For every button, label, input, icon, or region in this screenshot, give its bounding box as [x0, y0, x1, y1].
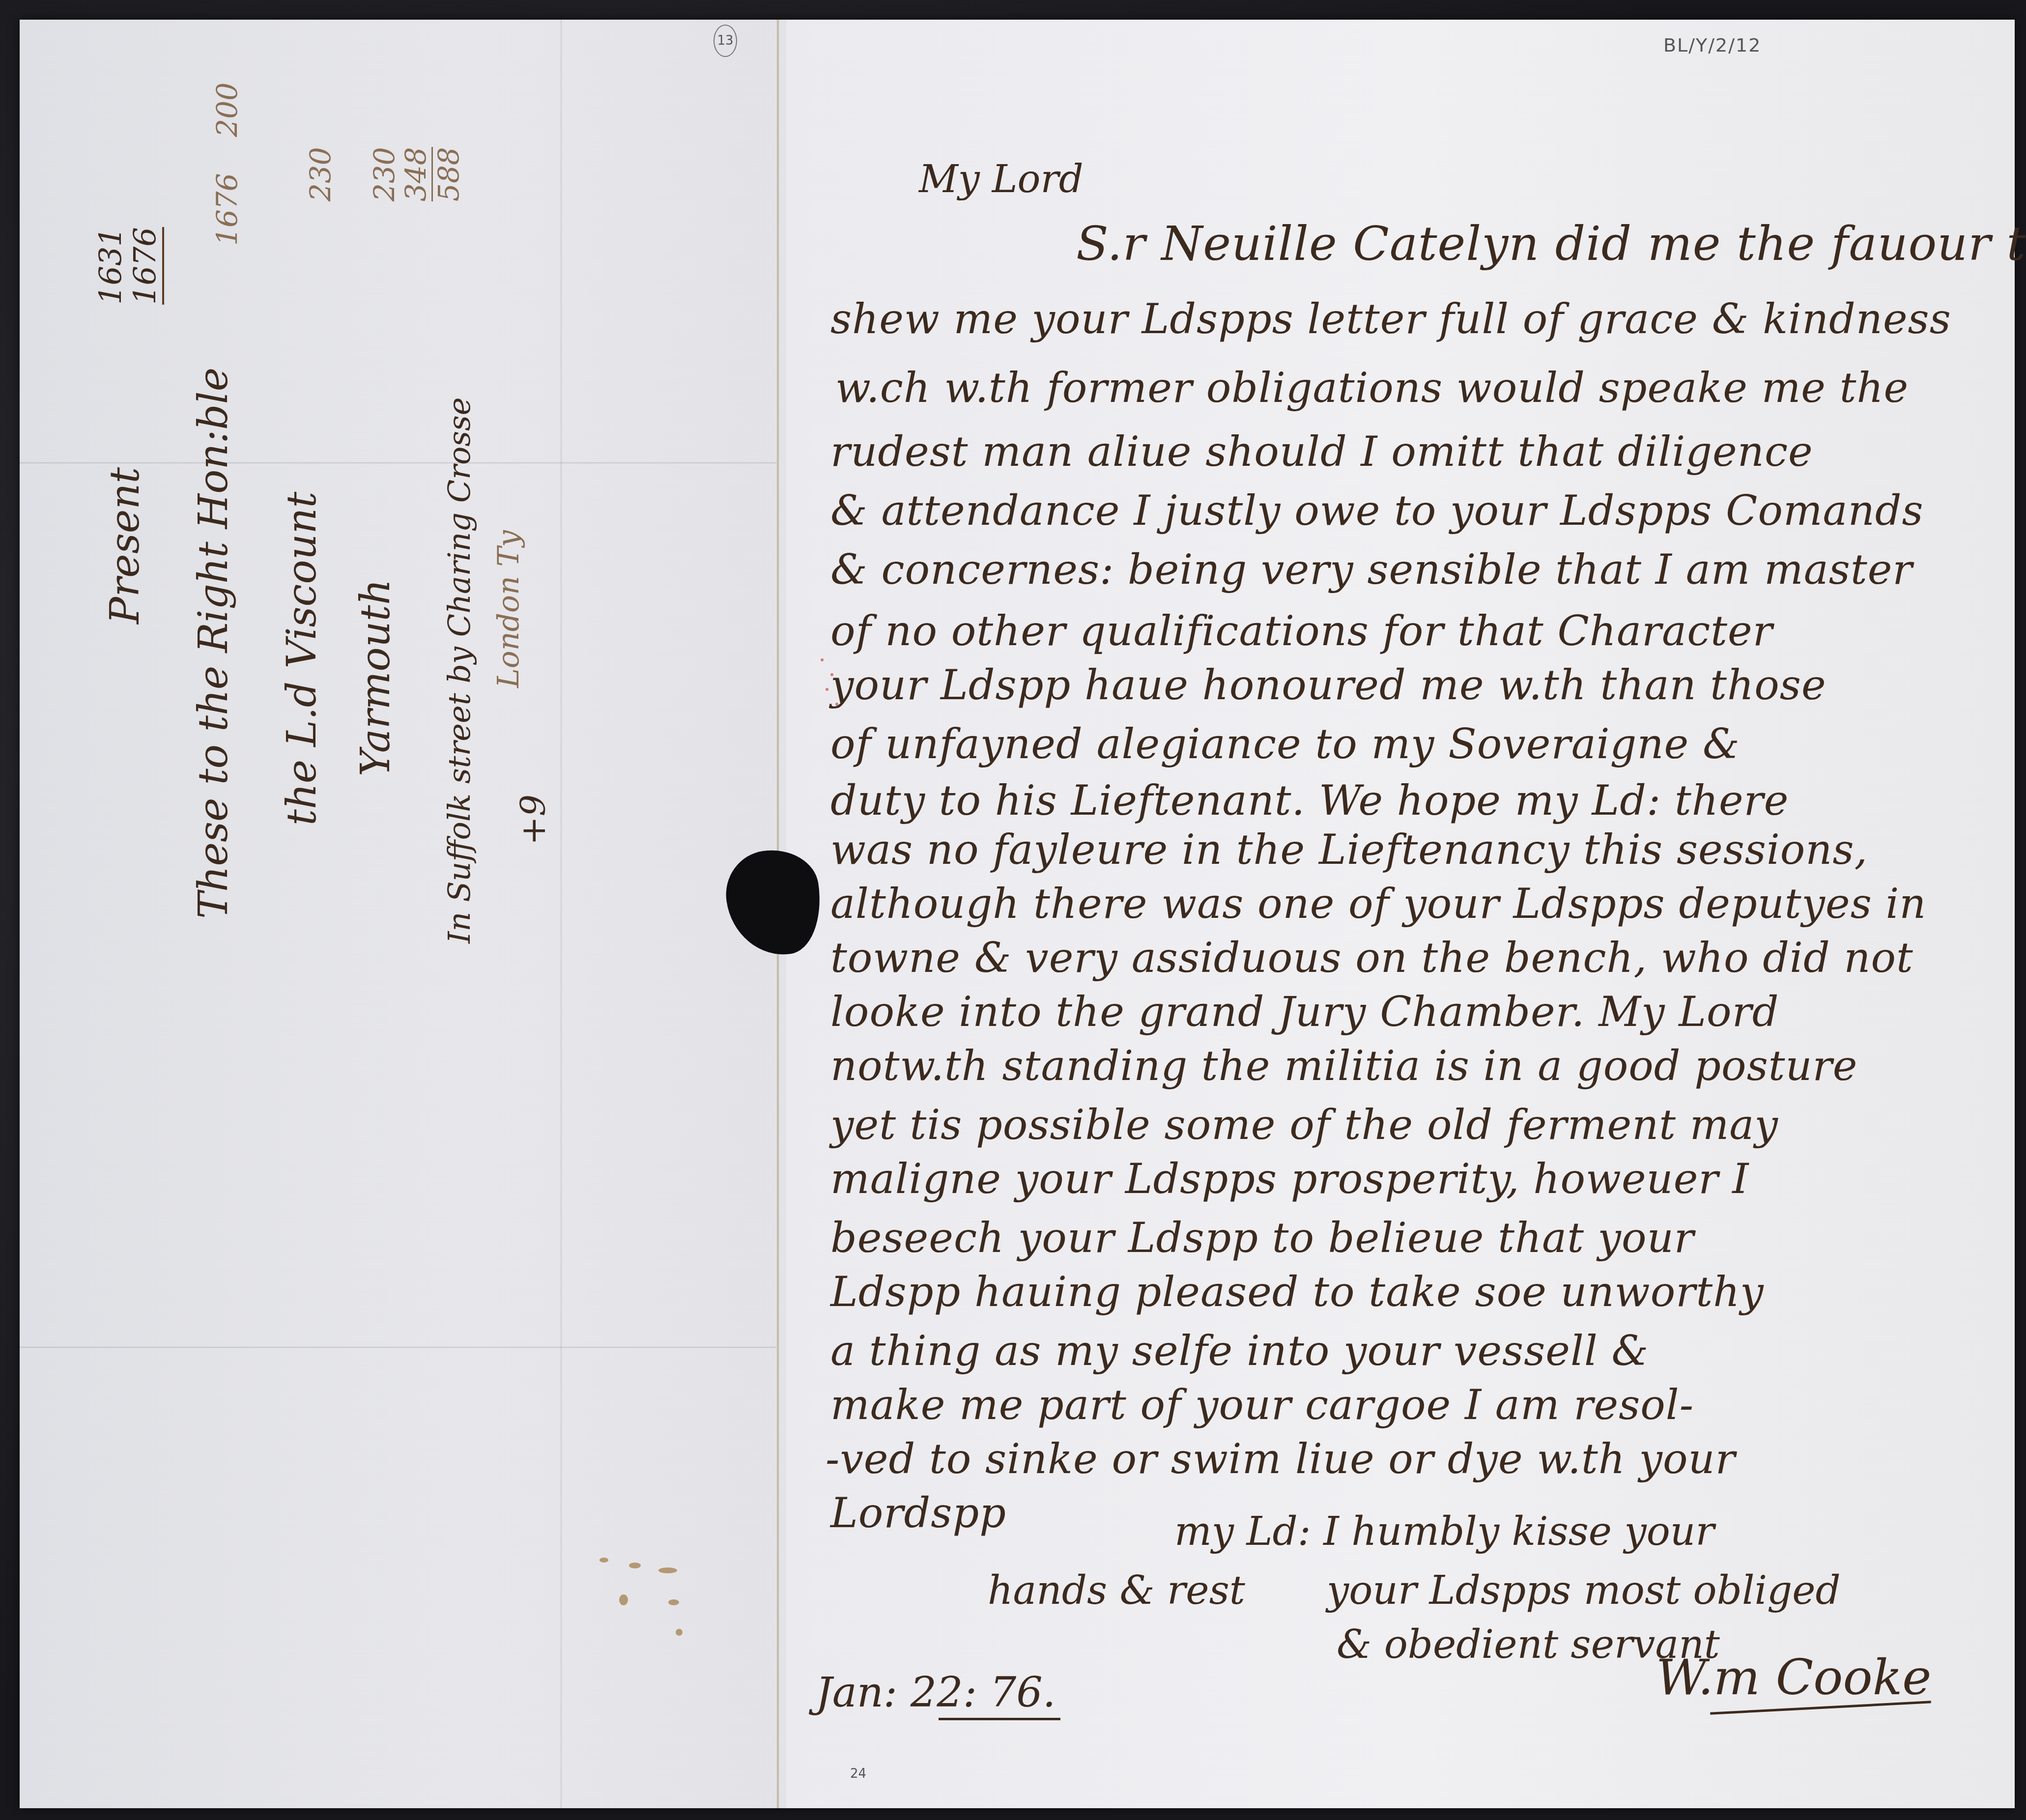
- folio-number-circled: 13: [713, 25, 737, 57]
- closing-line-1: my Ld: I humbly kisse your: [1174, 1508, 1714, 1554]
- letter-line-2: shew me your Ldspps letter full of grace…: [830, 295, 1951, 343]
- wax-residue: [619, 1594, 628, 1605]
- letter-line-3: w.ch w.th former obligations would speak…: [835, 364, 1909, 412]
- letter-line-20: a thing as my selfe into your vessell &: [830, 1327, 1649, 1375]
- letter-line-19: Ldspp hauing pleased to take soe unworth…: [830, 1268, 1764, 1316]
- letter-line-14: looke into the grand Jury Chamber. My Lo…: [830, 988, 1779, 1036]
- letter-line-7: of no other qualifications for that Char…: [830, 607, 1773, 655]
- sum-column-1: 230: [305, 147, 336, 201]
- letter-line-15: notw.th standing the militia is in a goo…: [830, 1042, 1857, 1090]
- second-figure: 200: [210, 83, 244, 137]
- horizontal-fold-crease-lower: [20, 1346, 776, 1348]
- letter-line-8: your Ldspp haue honoured me w.th than th…: [830, 661, 1826, 709]
- salutation: My Lord: [919, 157, 1084, 201]
- postmark-extra: Ty: [491, 530, 526, 567]
- signature: W.m Cooke: [1656, 1649, 1931, 1706]
- letter-line-5: & attendance I justly owe to your Ldspps…: [830, 486, 1924, 535]
- sum-column-2: 230 348 588: [369, 147, 464, 201]
- wax-residue: [676, 1629, 683, 1636]
- letter-line-11: was no fayleure in the Lieftenancy this …: [830, 825, 1868, 874]
- second-year-annotation: 1676 200: [211, 83, 243, 246]
- year-annotation: 1631 1676: [93, 227, 164, 305]
- letter-line-22: -ved to sinke or swim liue or dye w.th y…: [826, 1435, 1736, 1483]
- sum-value: 348: [400, 147, 431, 201]
- wax-residue: [658, 1567, 677, 1573]
- page-pencil-number: 24: [850, 1766, 866, 1781]
- address-recipient-line: These to the Right Hon:ble: [177, 368, 251, 919]
- letter-line-1: S.r Neuille Catelyn did me the fauour to: [1076, 216, 2026, 271]
- letter-line-9: of unfayned alegiance to my Soveraigne &: [830, 720, 1740, 768]
- sum-value: 230: [304, 147, 337, 201]
- letter-line-16: yet tis possible some of the old ferment…: [830, 1101, 1778, 1149]
- archive-reference: BL/Y/2/12: [1663, 34, 1761, 56]
- postmark-text: London: [491, 576, 526, 688]
- vertical-fold-crease: [560, 20, 562, 1808]
- postmark-london: London Ty: [472, 530, 545, 688]
- wax-residue: [599, 1558, 608, 1563]
- sum-value: 230: [369, 147, 400, 201]
- horizontal-fold-crease-upper: [20, 462, 776, 464]
- letter-line-23: Lordspp: [830, 1489, 1006, 1537]
- letter-line-6: & concernes: being very sensible that I …: [830, 545, 1913, 594]
- letter-line-17: maligne your Ldspps prosperity, howeuer …: [830, 1155, 1749, 1203]
- letter-line-12: although there was one of your Ldspps de…: [830, 880, 1926, 928]
- letter-date: Jan: 22: 76.: [816, 1668, 1056, 1716]
- wax-residue: [668, 1599, 679, 1605]
- sum-total: 588: [431, 147, 464, 201]
- address-present: Present: [88, 467, 162, 624]
- second-year: 1676: [210, 173, 244, 246]
- cross-mark: +9: [496, 795, 570, 845]
- address-town-line: Yarmouth: [339, 579, 413, 776]
- year-line-1: 1631: [93, 227, 128, 305]
- letter-line-4: rudest man aliue should I omitt that dil…: [830, 427, 1813, 476]
- letter-line-21: make me part of your cargoe I am resol-: [830, 1381, 1694, 1429]
- letter-line-18: beseech your Ldspp to belieue that your: [830, 1214, 1694, 1262]
- address-viscount-line: the L.d Viscount: [265, 492, 339, 825]
- closing-hands-rest: hands & rest: [988, 1567, 1245, 1613]
- letter-line-13: towne & very assiduous on the bench, who…: [830, 934, 1913, 982]
- year-line-2: 1676: [128, 227, 164, 305]
- letter-line-10: duty to his Lieftenant. We hope my Ld: t…: [830, 776, 1789, 825]
- closing-obliged: your Ldspps most obliged: [1327, 1567, 1841, 1613]
- wax-residue: [629, 1563, 641, 1568]
